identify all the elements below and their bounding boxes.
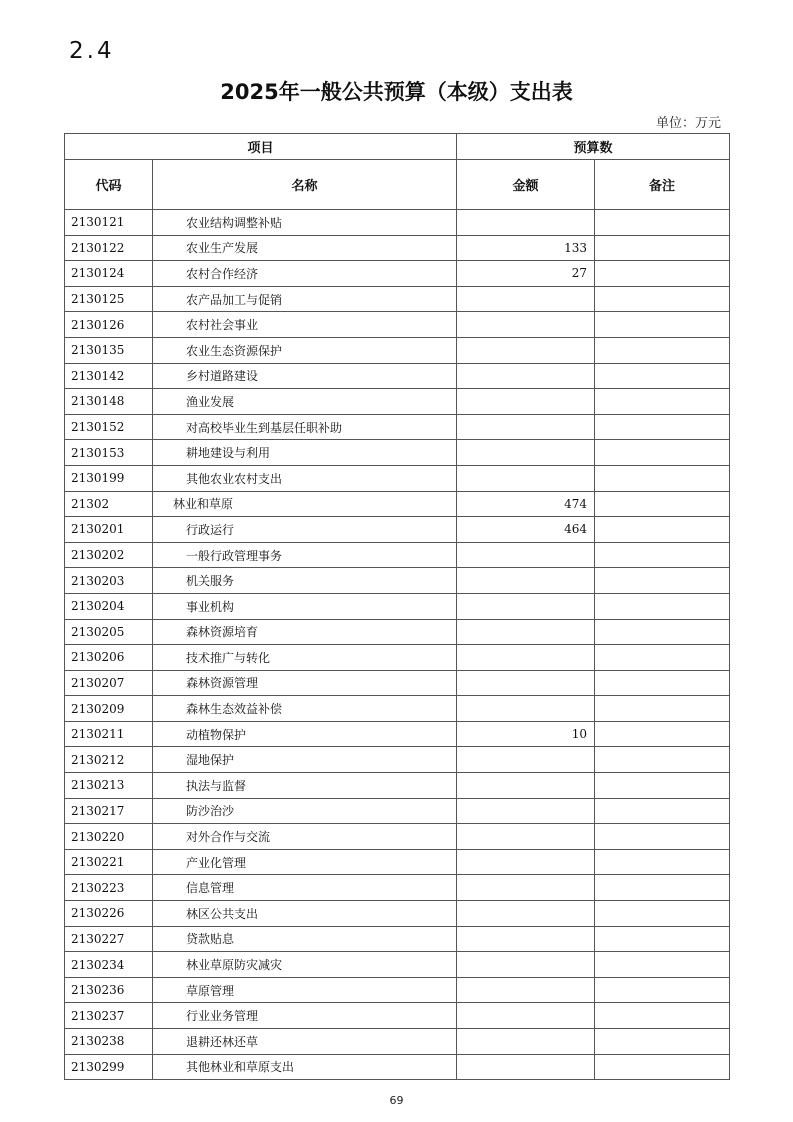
cell-amount xyxy=(457,619,595,645)
table-row: 2130299其他林业和草原支出 xyxy=(65,1054,730,1080)
cell-note xyxy=(595,1054,730,1080)
column-header-name: 名称 xyxy=(153,160,457,210)
cell-code: 2130121 xyxy=(65,210,153,236)
cell-amount xyxy=(457,773,595,799)
cell-note xyxy=(595,593,730,619)
table-row: 2130199其他农业农村支出 xyxy=(65,465,730,491)
cell-code: 2130201 xyxy=(65,517,153,543)
cell-note xyxy=(595,235,730,261)
cell-note xyxy=(595,542,730,568)
cell-note xyxy=(595,337,730,363)
header-item: 项目 xyxy=(65,134,457,160)
cell-note xyxy=(595,440,730,466)
cell-amount xyxy=(457,645,595,671)
cell-code: 2130202 xyxy=(65,542,153,568)
cell-amount xyxy=(457,670,595,696)
cell-name: 湿地保护 xyxy=(153,747,457,773)
cell-code: 2130199 xyxy=(65,465,153,491)
cell-amount xyxy=(457,465,595,491)
table-row: 2130153耕地建设与利用 xyxy=(65,440,730,466)
cell-code: 2130122 xyxy=(65,235,153,261)
table-row: 21302林业和草原474 xyxy=(65,491,730,517)
cell-note xyxy=(595,312,730,338)
cell-name: 行业业务管理 xyxy=(153,1003,457,1029)
cell-name: 产业化管理 xyxy=(153,849,457,875)
table-row: 2130227贷款贴息 xyxy=(65,926,730,952)
cell-name: 森林资源培育 xyxy=(153,619,457,645)
cell-amount xyxy=(457,875,595,901)
cell-name: 退耕还林还草 xyxy=(153,1029,457,1055)
cell-code: 2130142 xyxy=(65,363,153,389)
cell-amount xyxy=(457,363,595,389)
cell-note xyxy=(595,286,730,312)
column-header-code: 代码 xyxy=(65,160,153,210)
cell-name: 防沙治沙 xyxy=(153,798,457,824)
table-row: 2130209森林生态效益补偿 xyxy=(65,696,730,722)
table-row: 2130124农村合作经济27 xyxy=(65,261,730,287)
table-row: 2130234林业草原防灾减灾 xyxy=(65,952,730,978)
cell-amount xyxy=(457,696,595,722)
cell-code: 2130226 xyxy=(65,901,153,927)
cell-name: 对高校毕业生到基层任职补助 xyxy=(153,414,457,440)
cell-amount xyxy=(457,1029,595,1055)
cell-note xyxy=(595,901,730,927)
table-row: 2130126农村社会事业 xyxy=(65,312,730,338)
cell-code: 2130203 xyxy=(65,568,153,594)
table-row: 2130237行业业务管理 xyxy=(65,1003,730,1029)
cell-name: 农产品加工与促销 xyxy=(153,286,457,312)
cell-note xyxy=(595,363,730,389)
cell-amount xyxy=(457,1054,595,1080)
table-row: 2130122农业生产发展133 xyxy=(65,235,730,261)
cell-note xyxy=(595,977,730,1003)
cell-name: 草原管理 xyxy=(153,977,457,1003)
table-row: 2130152对高校毕业生到基层任职补助 xyxy=(65,414,730,440)
cell-name: 林业和草原 xyxy=(153,491,457,517)
cell-amount xyxy=(457,824,595,850)
cell-name: 乡村道路建设 xyxy=(153,363,457,389)
cell-code: 2130152 xyxy=(65,414,153,440)
section-number: 2.4 xyxy=(69,38,115,64)
cell-note xyxy=(595,619,730,645)
cell-code: 2130227 xyxy=(65,926,153,952)
page-number: 69 xyxy=(0,1094,793,1107)
cell-name: 森林生态效益补偿 xyxy=(153,696,457,722)
table-row: 2130223信息管理 xyxy=(65,875,730,901)
cell-note xyxy=(595,210,730,236)
cell-amount xyxy=(457,210,595,236)
cell-amount: 133 xyxy=(457,235,595,261)
cell-name: 森林资源管理 xyxy=(153,670,457,696)
cell-code: 2130238 xyxy=(65,1029,153,1055)
cell-name: 耕地建设与利用 xyxy=(153,440,457,466)
cell-code: 2130205 xyxy=(65,619,153,645)
cell-amount xyxy=(457,389,595,415)
table-row: 2130121农业结构调整补贴 xyxy=(65,210,730,236)
cell-name: 林业草原防灾减灾 xyxy=(153,952,457,978)
cell-note xyxy=(595,747,730,773)
cell-name: 林区公共支出 xyxy=(153,901,457,927)
cell-code: 2130148 xyxy=(65,389,153,415)
cell-note xyxy=(595,465,730,491)
column-header-amount: 金额 xyxy=(457,160,595,210)
cell-name: 渔业发展 xyxy=(153,389,457,415)
cell-code: 2130204 xyxy=(65,593,153,619)
cell-note xyxy=(595,645,730,671)
cell-amount xyxy=(457,542,595,568)
table-row: 2130236草原管理 xyxy=(65,977,730,1003)
cell-note xyxy=(595,926,730,952)
cell-note xyxy=(595,696,730,722)
table-row: 2130202一般行政管理事务 xyxy=(65,542,730,568)
cell-name: 其他林业和草原支出 xyxy=(153,1054,457,1080)
header-group-row: 项目 预算数 xyxy=(65,134,730,160)
cell-amount: 10 xyxy=(457,721,595,747)
table-row: 2130220对外合作与交流 xyxy=(65,824,730,850)
cell-note xyxy=(595,1029,730,1055)
table-row: 2130221产业化管理 xyxy=(65,849,730,875)
cell-code: 2130299 xyxy=(65,1054,153,1080)
cell-name: 农村社会事业 xyxy=(153,312,457,338)
cell-note xyxy=(595,1003,730,1029)
cell-code: 2130209 xyxy=(65,696,153,722)
cell-code: 21302 xyxy=(65,491,153,517)
cell-name: 一般行政管理事务 xyxy=(153,542,457,568)
table-row: 2130211动植物保护10 xyxy=(65,721,730,747)
cell-amount: 474 xyxy=(457,491,595,517)
cell-amount xyxy=(457,901,595,927)
cell-code: 2130206 xyxy=(65,645,153,671)
cell-amount xyxy=(457,849,595,875)
column-header-note: 备注 xyxy=(595,160,730,210)
cell-amount xyxy=(457,926,595,952)
cell-code: 2130212 xyxy=(65,747,153,773)
cell-amount: 464 xyxy=(457,517,595,543)
cell-name: 对外合作与交流 xyxy=(153,824,457,850)
cell-amount xyxy=(457,798,595,824)
cell-note xyxy=(595,721,730,747)
table-row: 2130207森林资源管理 xyxy=(65,670,730,696)
table-row: 2130206技术推广与转化 xyxy=(65,645,730,671)
cell-note xyxy=(595,389,730,415)
table-row: 2130201行政运行464 xyxy=(65,517,730,543)
cell-amount xyxy=(457,414,595,440)
cell-amount xyxy=(457,977,595,1003)
cell-note xyxy=(595,849,730,875)
cell-amount xyxy=(457,1003,595,1029)
cell-amount xyxy=(457,286,595,312)
table-row: 2130238退耕还林还草 xyxy=(65,1029,730,1055)
cell-code: 2130223 xyxy=(65,875,153,901)
page-title: 2025年一般公共预算（本级）支出表 xyxy=(0,76,793,106)
cell-code: 2130234 xyxy=(65,952,153,978)
cell-name: 信息管理 xyxy=(153,875,457,901)
cell-amount: 27 xyxy=(457,261,595,287)
cell-note xyxy=(595,261,730,287)
cell-note xyxy=(595,875,730,901)
cell-note xyxy=(595,798,730,824)
cell-note xyxy=(595,952,730,978)
cell-name: 动植物保护 xyxy=(153,721,457,747)
table-row: 2130148渔业发展 xyxy=(65,389,730,415)
cell-name: 农业生态资源保护 xyxy=(153,337,457,363)
cell-code: 2130211 xyxy=(65,721,153,747)
cell-name: 机关服务 xyxy=(153,568,457,594)
cell-name: 农村合作经济 xyxy=(153,261,457,287)
cell-name: 事业机构 xyxy=(153,593,457,619)
cell-code: 2130207 xyxy=(65,670,153,696)
header-column-row: 代码 名称 金额 备注 xyxy=(65,160,730,210)
table-row: 2130205森林资源培育 xyxy=(65,619,730,645)
cell-code: 2130135 xyxy=(65,337,153,363)
table-row: 2130135农业生态资源保护 xyxy=(65,337,730,363)
cell-note xyxy=(595,670,730,696)
cell-note xyxy=(595,824,730,850)
cell-name: 技术推广与转化 xyxy=(153,645,457,671)
cell-amount xyxy=(457,440,595,466)
cell-name: 贷款贴息 xyxy=(153,926,457,952)
cell-name: 行政运行 xyxy=(153,517,457,543)
cell-code: 2130237 xyxy=(65,1003,153,1029)
cell-amount xyxy=(457,568,595,594)
cell-note xyxy=(595,491,730,517)
table-row: 2130204事业机构 xyxy=(65,593,730,619)
cell-code: 2130153 xyxy=(65,440,153,466)
cell-note xyxy=(595,517,730,543)
table-row: 2130217防沙治沙 xyxy=(65,798,730,824)
cell-code: 2130236 xyxy=(65,977,153,1003)
unit-label: 单位：万元 xyxy=(656,112,721,131)
cell-code: 2130217 xyxy=(65,798,153,824)
table-row: 2130125农产品加工与促销 xyxy=(65,286,730,312)
table-body: 2130121农业结构调整补贴2130122农业生产发展1332130124农村… xyxy=(65,210,730,1080)
budget-expenditure-table: 项目 预算数 代码 名称 金额 备注 2130121农业结构调整补贴213012… xyxy=(64,133,730,1080)
table-row: 2130212湿地保护 xyxy=(65,747,730,773)
cell-name: 其他农业农村支出 xyxy=(153,465,457,491)
table-row: 2130142乡村道路建设 xyxy=(65,363,730,389)
cell-code: 2130213 xyxy=(65,773,153,799)
cell-code: 2130220 xyxy=(65,824,153,850)
cell-code: 2130126 xyxy=(65,312,153,338)
cell-amount xyxy=(457,312,595,338)
cell-code: 2130124 xyxy=(65,261,153,287)
header-budget: 预算数 xyxy=(457,134,730,160)
table-row: 2130203机关服务 xyxy=(65,568,730,594)
cell-note xyxy=(595,568,730,594)
cell-name: 执法与监督 xyxy=(153,773,457,799)
cell-note xyxy=(595,414,730,440)
cell-code: 2130125 xyxy=(65,286,153,312)
cell-name: 农业生产发展 xyxy=(153,235,457,261)
cell-amount xyxy=(457,593,595,619)
table-row: 2130226林区公共支出 xyxy=(65,901,730,927)
cell-note xyxy=(595,773,730,799)
cell-code: 2130221 xyxy=(65,849,153,875)
cell-amount xyxy=(457,337,595,363)
cell-name: 农业结构调整补贴 xyxy=(153,210,457,236)
cell-amount xyxy=(457,747,595,773)
cell-amount xyxy=(457,952,595,978)
table-row: 2130213执法与监督 xyxy=(65,773,730,799)
